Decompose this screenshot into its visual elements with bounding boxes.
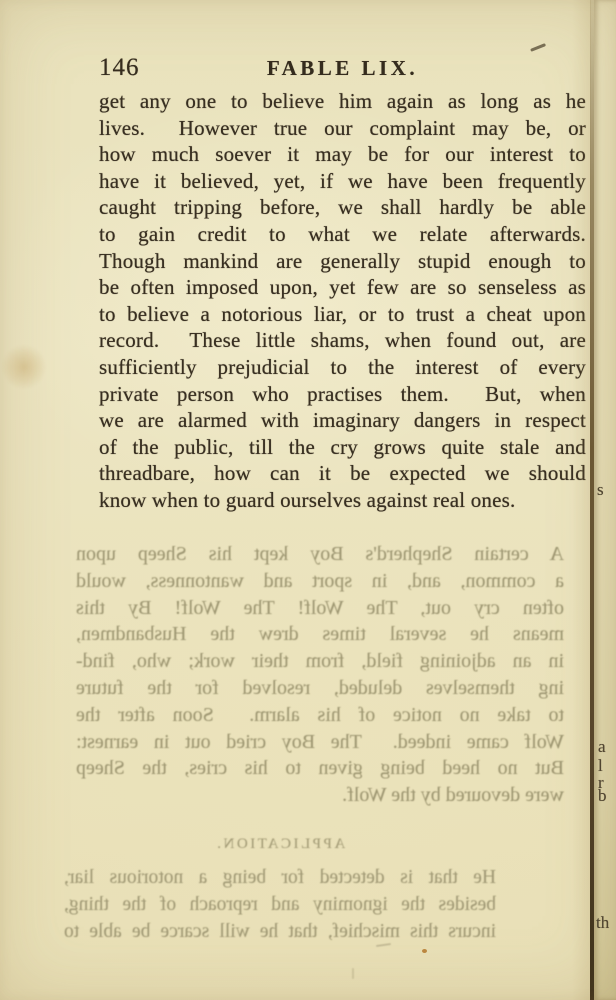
showthrough-application-heading: APPLICATION. xyxy=(64,836,496,853)
body-line: private person who practises them. But, … xyxy=(99,381,586,408)
adjacent-page-text-fragment: a xyxy=(598,737,606,757)
showthrough-line: often cry out, The Wolf! The Wolf! By th… xyxy=(76,595,564,622)
page-header: 146 FABLE LIX. xyxy=(99,54,586,80)
body-line: threadbare, how can it be expected we sh… xyxy=(99,460,586,487)
body-line: we are alarmed with imaginary dangers in… xyxy=(99,407,586,434)
showthrough-line: A certain Shepherd's Boy kept his Sheep … xyxy=(76,541,564,568)
body-line: lives. However true our complaint may be… xyxy=(99,115,586,142)
body-line: caught tripping before, we shall hardly … xyxy=(99,194,586,221)
showthrough-line: to take no notice of his alarm. Soon aft… xyxy=(76,702,564,729)
adjacent-page-text-fragment: s xyxy=(597,480,604,500)
showthrough-line: means he several times drew the Husbandm… xyxy=(76,621,564,648)
showthrough-line: incurs this mischief, that he will scarc… xyxy=(64,918,496,945)
paper-smudge xyxy=(352,968,354,979)
body-line: know when to guard ourselves against rea… xyxy=(99,487,586,514)
body-line: be often imposed upon, yet few are so se… xyxy=(99,274,586,301)
adjacent-page-text-fragment: b xyxy=(598,786,607,806)
body-line: Though mankind are generally stupid enou… xyxy=(99,248,586,275)
showthrough-line: But no heed being given to his cries, th… xyxy=(76,755,564,782)
running-header-title: FABLE LIX. xyxy=(99,56,586,81)
showthrough-line: He that is detected for being a notoriou… xyxy=(64,864,496,891)
body-line: get any one to believe him again as long… xyxy=(99,88,586,115)
scanned-book-page: 146 FABLE LIX. get any one to believe hi… xyxy=(0,0,616,1000)
body-line: of the public, till the cry grows quite … xyxy=(99,434,586,461)
paper-stain xyxy=(2,345,46,389)
body-line: sufficiently prejudicial to the interest… xyxy=(99,354,586,381)
body-line: to believe a notorious liar, or to trust… xyxy=(99,301,586,328)
page-curvature-shadow xyxy=(572,0,591,1000)
paper-speck xyxy=(422,949,427,953)
body-line: have it believed, yet, if we have been f… xyxy=(99,168,586,195)
body-text-block: get any one to believe him again as long… xyxy=(99,88,586,514)
showthrough-line: Wolf came indeed. The Boy cried out in e… xyxy=(76,729,564,756)
showthrough-line: in an adjoining field, from their work; … xyxy=(76,648,564,675)
adjacent-page-edge xyxy=(594,0,616,1000)
showthrough-application-text: He that is detected for being a notoriou… xyxy=(64,864,496,945)
ink-mark xyxy=(530,43,546,51)
body-line: record. These little shams, when found o… xyxy=(99,327,586,354)
body-line: how much soever it may be for our intere… xyxy=(99,141,586,168)
showthrough-line: a common, and, in sport and wantonness, … xyxy=(76,568,564,595)
body-line: to gain credit to what we relate afterwa… xyxy=(99,221,586,248)
adjacent-page-text-fragment: th xyxy=(596,913,609,933)
showthrough-line: ing themselves deluded, resolved for the… xyxy=(76,675,564,702)
showthrough-line: were devoured by the Wolf. xyxy=(76,782,564,809)
showthrough-line: besides the ignominy and reproach of the… xyxy=(64,891,496,918)
showthrough-fable-text: A certain Shepherd's Boy kept his Sheep … xyxy=(76,541,564,809)
